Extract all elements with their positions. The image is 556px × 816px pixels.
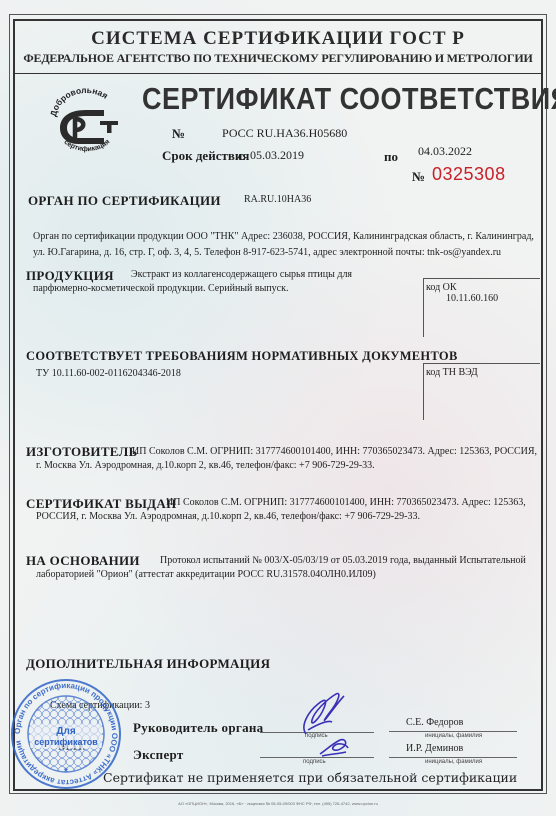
head-of-body-label: Руководитель органа	[133, 720, 263, 736]
expert-name: И.Р. Деминов	[406, 743, 463, 754]
svg-text:Для: Для	[56, 726, 75, 737]
valid-to-date: 04.03.2022	[418, 144, 472, 159]
validity-from-prefix: с	[238, 148, 244, 164]
certificate-number-label: №	[172, 126, 185, 142]
issued-to-line-1: ИП Соколов С.М. ОГРНИП: 317774600101400,…	[166, 497, 526, 508]
expert-name-caption: инициалы, фамилия	[425, 759, 482, 765]
valid-from-date: 05.03.2019	[250, 148, 304, 163]
basis-line-2: лабораторией "Орион" (аттестат аккредита…	[36, 569, 376, 580]
certificate-number: РОСС RU.НА36.Н05680	[222, 126, 347, 141]
manufacturer-line-2: г. Москва Ул. Аэродромная, д.10.корп 2, …	[36, 460, 375, 471]
validity-to-prefix: по	[384, 149, 398, 165]
product-line-2: парфюмерно-косметической продукции. Сери…	[33, 283, 288, 294]
tnved-code-label: код ТН ВЭД	[426, 367, 478, 378]
basis-heading: НА ОСНОВАНИИ	[26, 553, 140, 569]
certification-body-code: RA.RU.10НА36	[244, 194, 311, 205]
head-name-line	[389, 731, 517, 732]
certification-body-line-1: Орган по сертификации продукции ООО "ТНК…	[33, 231, 534, 242]
compliance-heading: СООТВЕТСТВУЕТ ТРЕБОВАНИЯМ НОРМАТИВНЫХ ДО…	[26, 349, 458, 364]
issued-to-line-2: РОССИЯ, г. Москва Ул. Аэродромная, д.10.…	[36, 511, 420, 522]
manufacturer-line-1: ИП Соколов С.М. ОГРНИП: 317774600101400,…	[132, 446, 537, 457]
svg-text:*: *	[64, 765, 69, 779]
additional-info-heading: ДОПОЛНИТЕЛЬНАЯ ИНФОРМАЦИЯ	[26, 656, 270, 672]
validity-label: Срок действия	[162, 148, 249, 164]
footer-note: Сертификат не применяется при обязательн…	[103, 770, 517, 785]
ok-code: 10.11.60.160	[446, 293, 498, 304]
printer-imprint: АО «ОПЦИОН», Москва, 2016, «Б» · лицензи…	[0, 801, 556, 806]
head-name-caption: инициалы, фамилия	[425, 733, 482, 739]
serial-number: 0325308	[432, 164, 506, 185]
head-name: С.Е. Федоров	[406, 717, 463, 728]
normative-document: ТУ 10.11.60-002-0116204346-2018	[36, 368, 181, 379]
serial-number-label: №	[412, 169, 425, 185]
system-title: СИСТЕМА СЕРТИФИКАЦИИ ГОСТ Р	[0, 28, 556, 50]
ok-code-label: код ОК	[426, 282, 457, 293]
expert-name-line	[389, 757, 517, 758]
agency-title: ФЕДЕРАЛЬНОЕ АГЕНТСТВО ПО ТЕХНИЧЕСКОМУ РЕ…	[0, 51, 556, 66]
expert-signature-icon	[316, 736, 352, 763]
expert-label: Эксперт	[133, 747, 184, 763]
manufacturer-heading: ИЗГОТОВИТЕЛЬ	[26, 444, 137, 460]
svg-text:сертификатов: сертификатов	[34, 737, 98, 747]
header-divider	[13, 73, 543, 74]
basis-line-1: Протокол испытаний № 003/Х-05/03/19 от 0…	[160, 555, 526, 566]
issued-to-heading: СЕРТИФИКАТ ВЫДАН	[26, 496, 177, 512]
certification-body-line-2: ул. Ю.Гагарина, д. 16, стр. Г, оф. 3, 4,…	[33, 247, 501, 258]
product-line-1: Экстракт из коллагенсодержащего сырья пт…	[131, 269, 352, 280]
certification-body-heading: ОРГАН ПО СЕРТИФИКАЦИИ	[28, 193, 221, 209]
rst-mark-icon: Добровольная сертификация	[46, 88, 126, 160]
product-heading: ПРОДУКЦИЯ	[26, 268, 114, 284]
document-title: СЕРТИФИКАТ СООТВЕТСТВИЯ	[142, 82, 556, 117]
